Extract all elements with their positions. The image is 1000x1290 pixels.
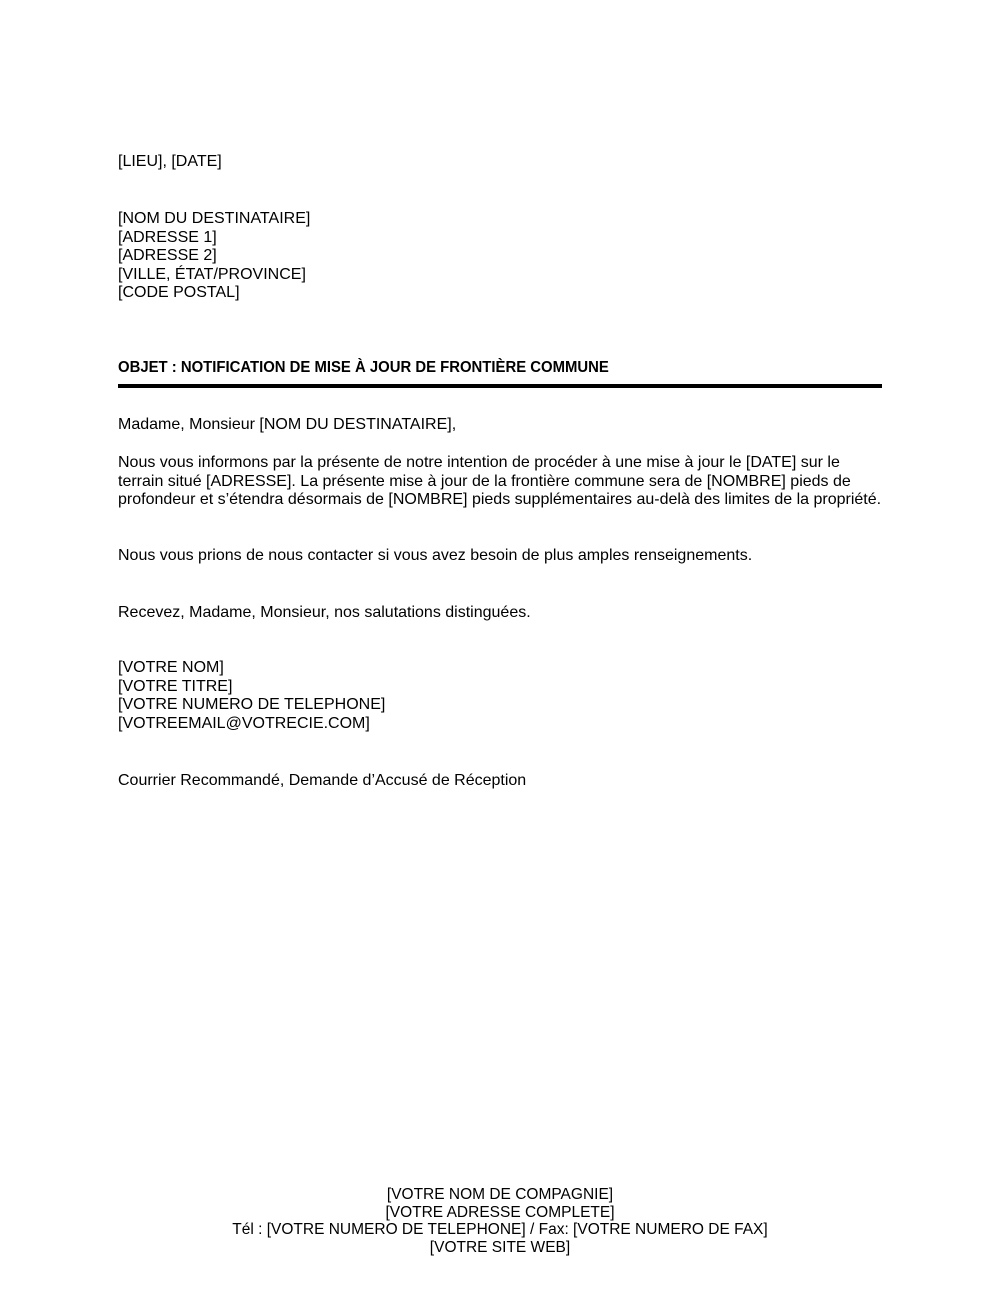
body-paragraph-1: Nous vous informons par la présente de n… (118, 454, 888, 510)
sender-name: [VOTRE NOM] (118, 659, 385, 678)
sender-phone: [VOTRE NUMERO DE TELEPHONE] (118, 696, 385, 715)
subject-line: OBJET : NOTIFICATION DE MISE À JOUR DE F… (118, 359, 609, 377)
delivery-note: Courrier Recommandé, Demande d’Accusé de… (118, 772, 526, 791)
place-date: [LIEU], [DATE] (118, 153, 222, 172)
footer-website: [VOTRE SITE WEB] (0, 1239, 1000, 1257)
recipient-address-2: [ADRESSE 2] (118, 247, 310, 266)
salutation: Madame, Monsieur [NOM DU DESTINATAIRE], (118, 416, 456, 435)
body-paragraph-2: Nous vous prions de nous contacter si vo… (118, 547, 752, 566)
recipient-city-state: [VILLE, ÉTAT/PROVINCE] (118, 266, 310, 285)
company-footer: [VOTRE NOM DE COMPAGNIE] [VOTRE ADRESSE … (0, 1186, 1000, 1256)
recipient-address: [NOM DU DESTINATAIRE] [ADRESSE 1] [ADRES… (118, 210, 310, 303)
sender-email: [VOTREEMAIL@VOTRECIE.COM] (118, 715, 385, 734)
footer-company-name: [VOTRE NOM DE COMPAGNIE] (0, 1186, 1000, 1204)
recipient-name: [NOM DU DESTINATAIRE] (118, 210, 310, 229)
footer-contact: Tél : [VOTRE NUMERO DE TELEPHONE] / Fax:… (0, 1221, 1000, 1239)
footer-address: [VOTRE ADRESSE COMPLETE] (0, 1204, 1000, 1222)
recipient-postal-code: [CODE POSTAL] (118, 284, 310, 303)
closing: Recevez, Madame, Monsieur, nos salutatio… (118, 604, 531, 623)
subject-divider (118, 384, 882, 388)
recipient-address-1: [ADRESSE 1] (118, 229, 310, 248)
signature-block: [VOTRE NOM] [VOTRE TITRE] [VOTRE NUMERO … (118, 659, 385, 733)
sender-title: [VOTRE TITRE] (118, 678, 385, 697)
